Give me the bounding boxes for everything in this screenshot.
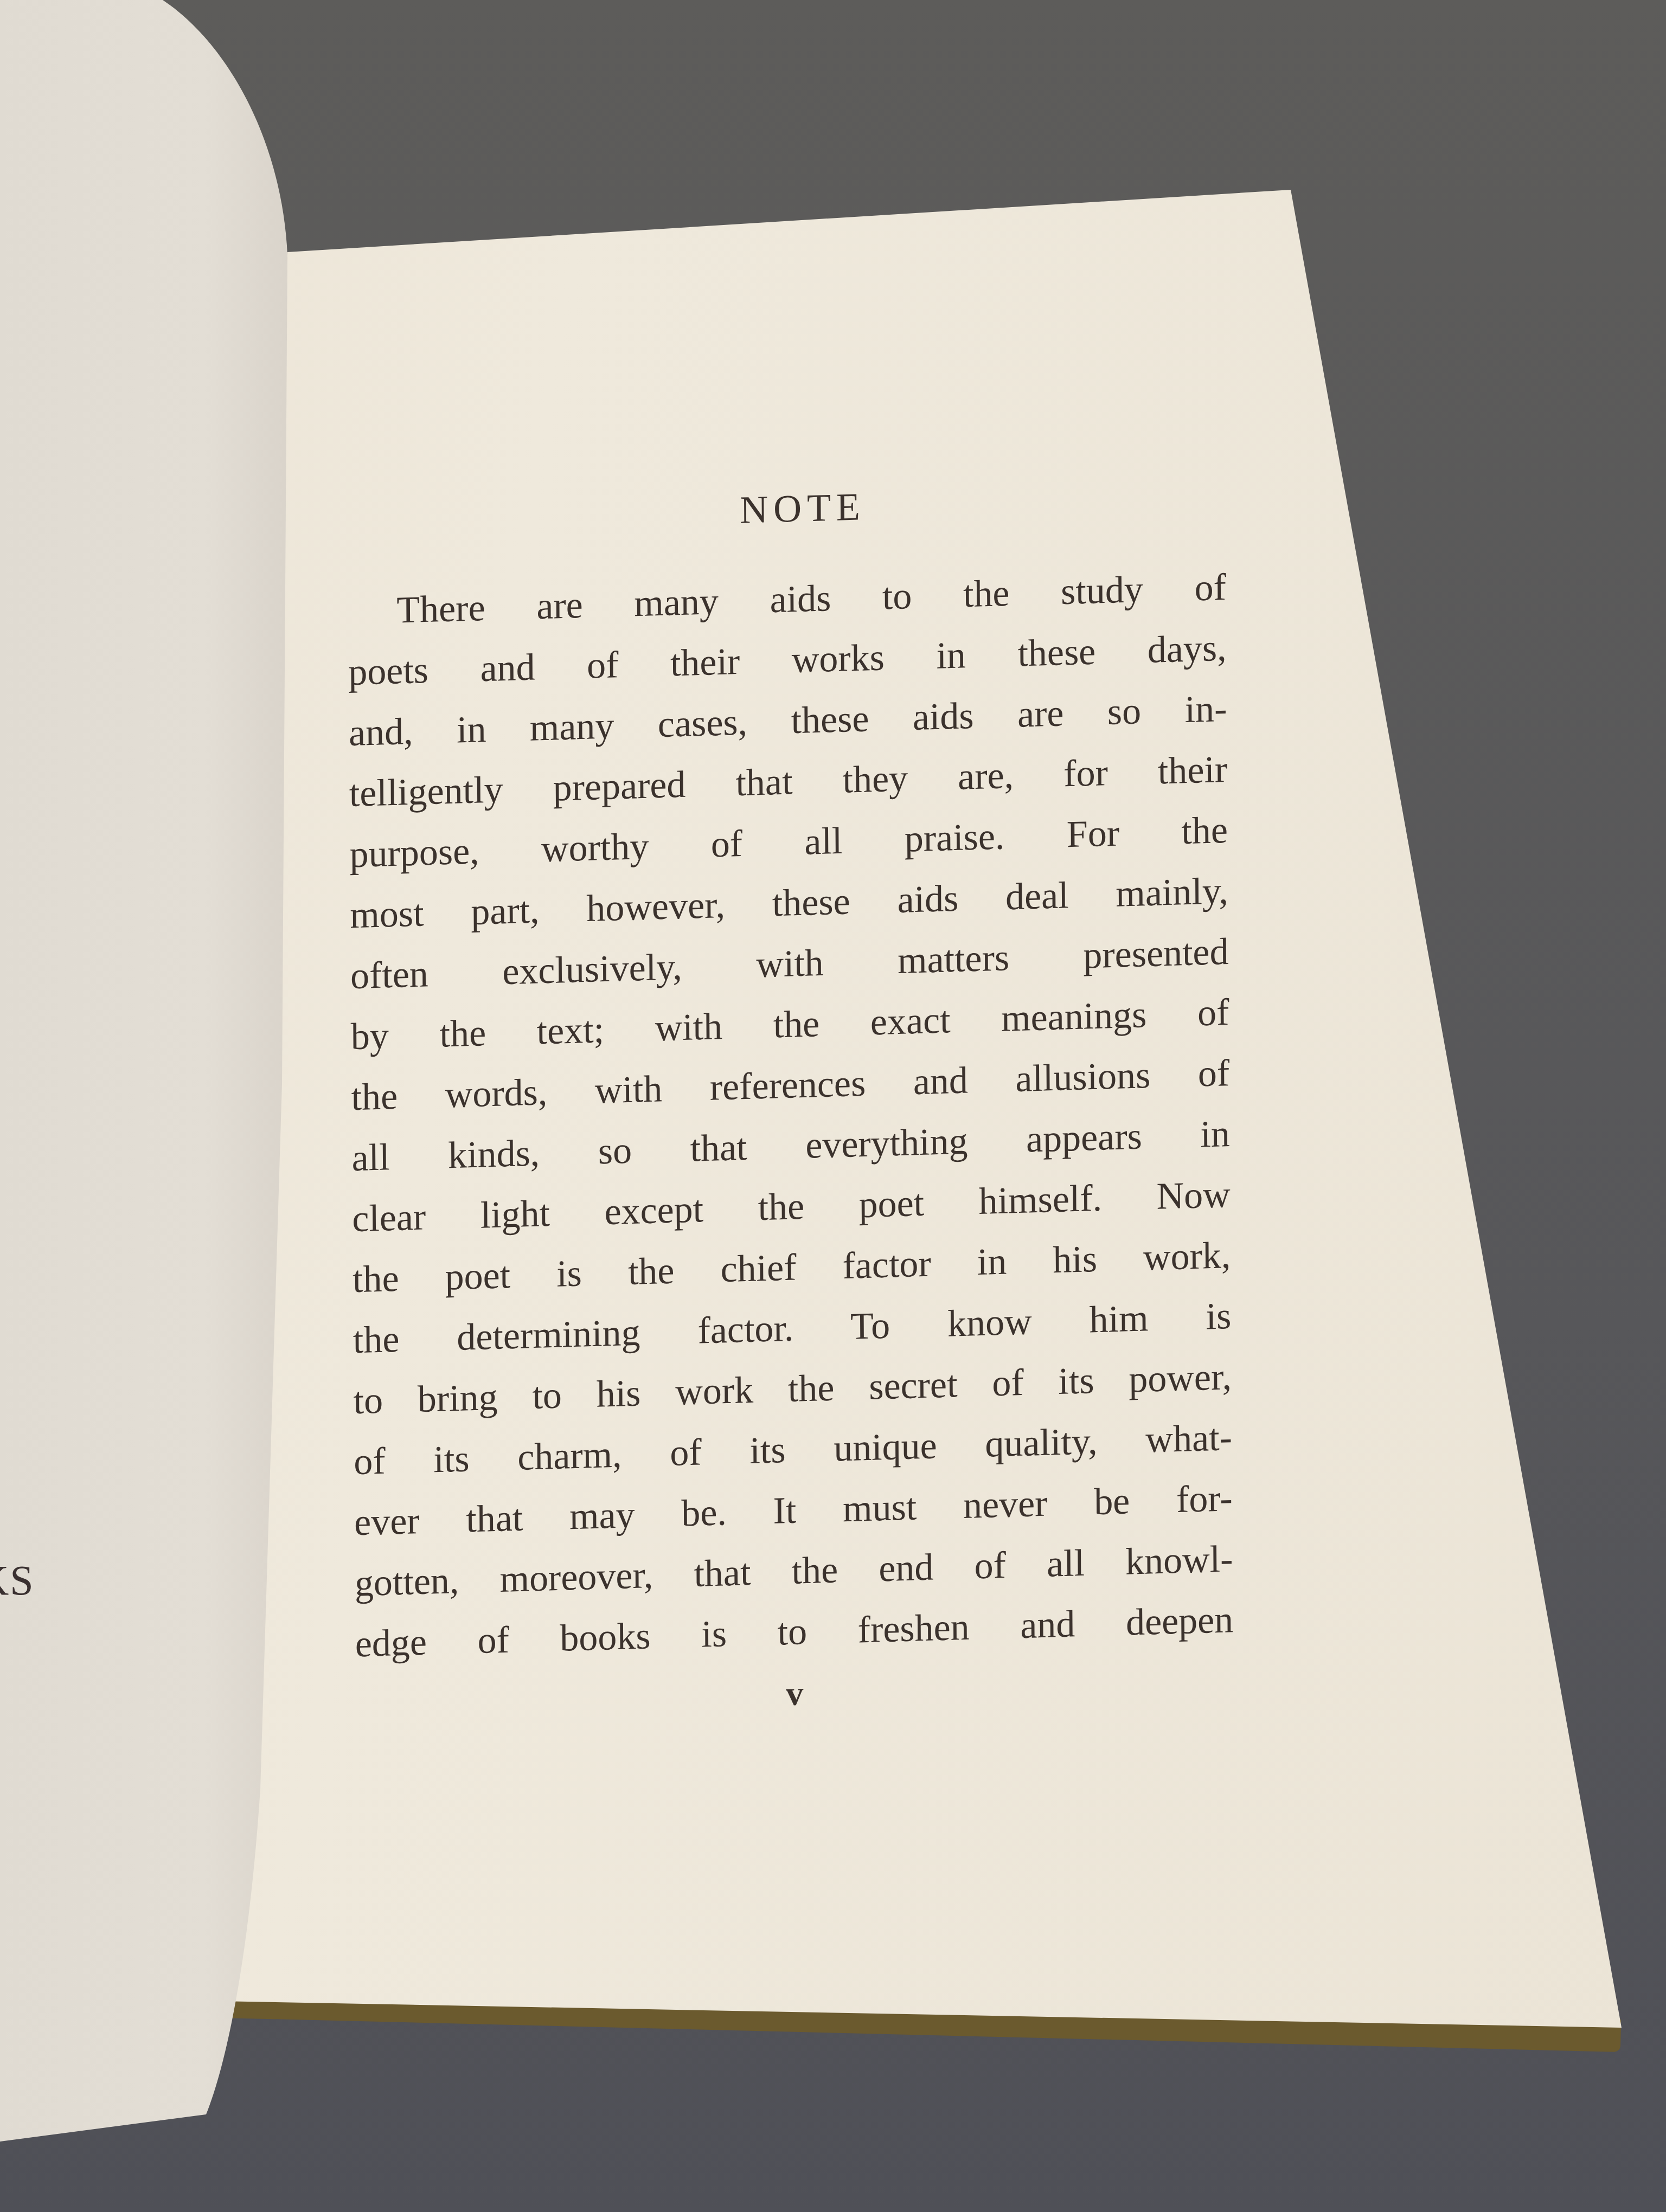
left-page-text: KS — [0, 1556, 35, 1605]
left-page: KS — [0, 0, 293, 2212]
body-text: There are many aids to the study of poet… — [348, 557, 1233, 1675]
page-content: NOTE There are many aids to the study of… — [347, 474, 1234, 1726]
